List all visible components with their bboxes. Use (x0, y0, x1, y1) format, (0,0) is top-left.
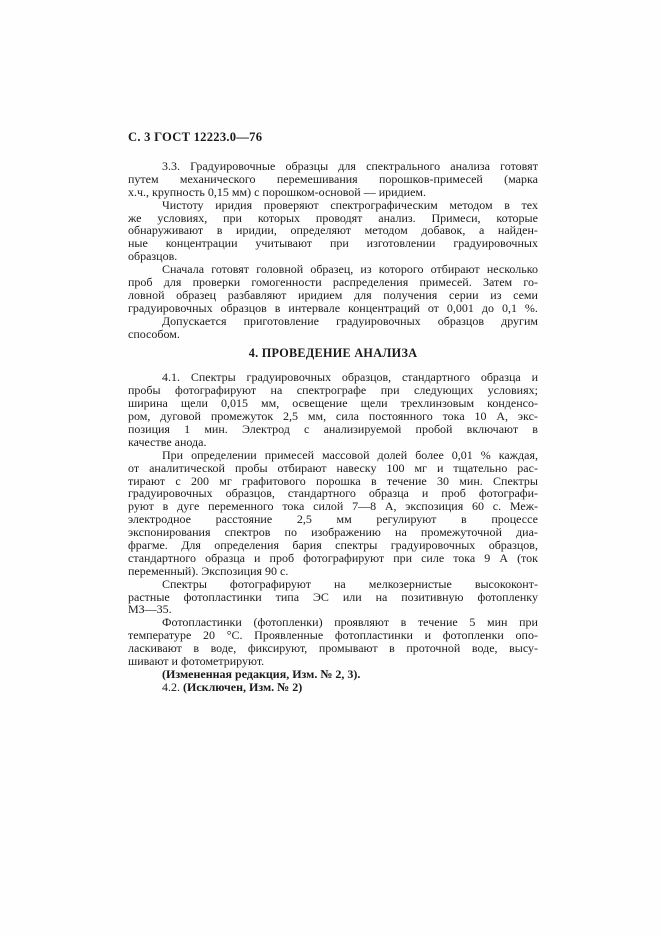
text-line: позиция1мин.Электродсанализируемойпробой… (128, 423, 538, 436)
text-line: отаналитическойпробыотбираютнавеску100мг… (128, 462, 538, 475)
text-line: способом. (128, 328, 538, 341)
text-line: переменный). Экспозиция 90 с. (128, 565, 538, 578)
text-line: путеммеханическогоперемешиванияпорошков-… (128, 173, 538, 186)
text-line: х.ч., крупность 0,15 мм) с порошком-осно… (128, 186, 538, 199)
text-line: шивают и фотометрируют. (128, 655, 538, 668)
text-line: Приопределениипримесеймассовойдолейболее… (128, 449, 538, 462)
text-line: пробдляпроверкигомогенностираспределения… (128, 276, 538, 289)
text-line: ныеконцентрацииучитываютприизготовленииг… (128, 237, 538, 250)
text-line: Чистотуиридияпроверяютспектрографическим… (128, 199, 538, 212)
section-heading: 4. ПРОВЕДЕНИЕ АНАЛИЗА (128, 347, 538, 360)
text-line: качестве анода. (128, 436, 538, 449)
text-line: градуировочныхобразцоввинтервалеконцентр… (128, 302, 538, 315)
document-body: 3.3.Градуировочныеобразцыдляспектральног… (128, 160, 538, 694)
text-line: растныефотопластинкитипаЭСилинапозитивну… (128, 591, 538, 604)
text-line: ловнойобразецразбавляютиридиемдляполучен… (128, 289, 538, 302)
scanned-document-page: С. 3 ГОСТ 12223.0—76 3.3.Градуировочныео… (0, 0, 661, 936)
text-line: 4.2. (Исключен, Изм. № 2) (128, 681, 538, 694)
text-line: 3.3.Градуировочныеобразцыдляспектральног… (128, 160, 538, 173)
amendment-note: (Исключен, Изм. № 2) (183, 680, 302, 694)
text-line: стандартногообразцаипробфотографируютпри… (128, 552, 538, 565)
text-line: ром,дуговойпромежуток2,5мм,силапостоянно… (128, 410, 538, 423)
text-line: Спектрыфотографируютнамелкозернистыевысо… (128, 578, 538, 591)
text-line: фрагме.Дляопределениябарияспектрыградуир… (128, 539, 538, 552)
clause-number: 4.2. (162, 680, 183, 694)
text-line: Допускаетсяприготовлениеградуировочныхоб… (128, 315, 538, 328)
page-header: С. 3 ГОСТ 12223.0—76 (128, 130, 538, 145)
text-column: С. 3 ГОСТ 12223.0—76 3.3.Градуировочныео… (128, 130, 538, 694)
